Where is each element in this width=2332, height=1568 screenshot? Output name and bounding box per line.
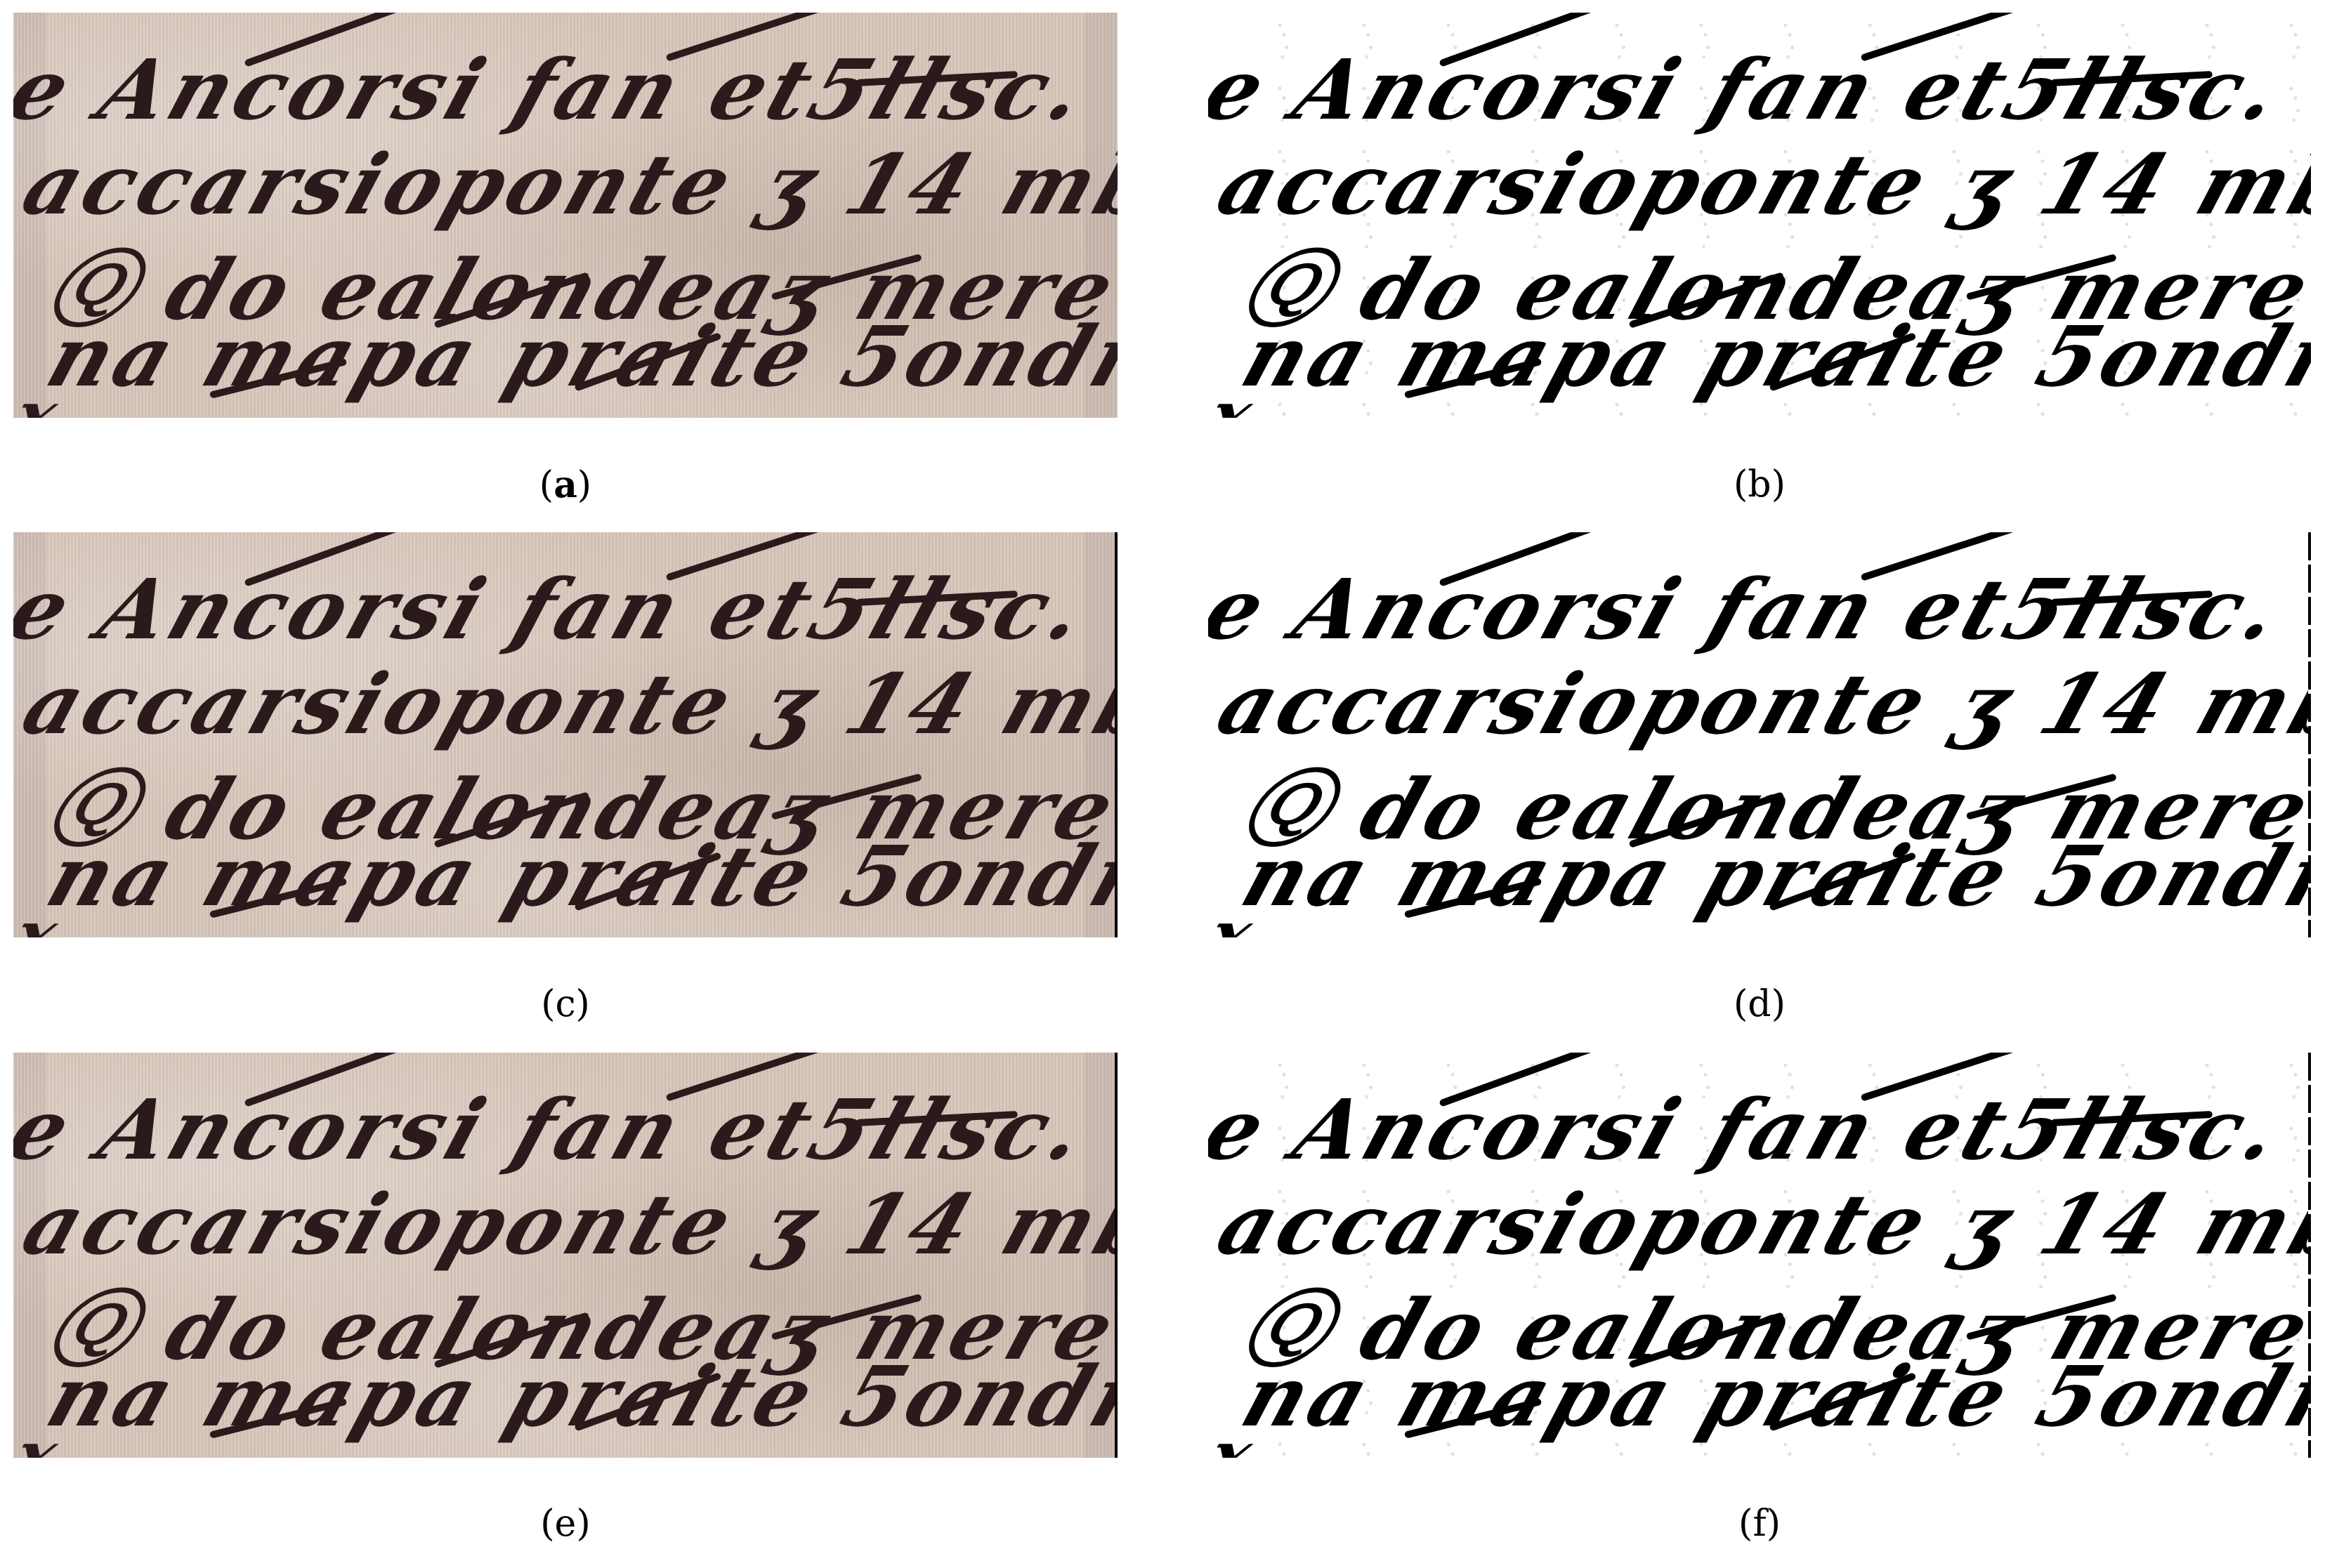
page-edge-line bbox=[2308, 1053, 2311, 1458]
panel-d-label: (d) bbox=[1654, 983, 1865, 1025]
handwriting-text: e Ancorsi fan et5llsc. accarsioponte ʒ 1… bbox=[1208, 13, 2311, 418]
panel-f-image: e Ancorsi fan et5llsc. accarsioponte ʒ 1… bbox=[1208, 1053, 2311, 1458]
handwriting-line: x bbox=[13, 378, 71, 418]
handwriting-line: accarsioponte ʒ 14 mberi bbox=[13, 1175, 1118, 1273]
handwriting-line: accarsioponte ʒ 14 mberi bbox=[1208, 655, 2311, 753]
handwriting-line: e Ancorsi fan et5llsc. bbox=[13, 560, 1101, 658]
panel-f-label: (f) bbox=[1654, 1503, 1865, 1545]
panel-c-label: (c) bbox=[460, 983, 671, 1025]
page-edge-line bbox=[1115, 532, 1118, 937]
handwriting-line: e Ancorsi fan et5llsc. bbox=[1208, 1081, 2295, 1178]
handwriting-line: x bbox=[1208, 378, 1266, 418]
handwriting-line: na mapa praite 5ondnaʒ bbox=[1231, 308, 2311, 405]
panel-b-image: e Ancorsi fan et5llsc. accarsioponte ʒ 1… bbox=[1208, 13, 2311, 418]
handwriting-line: e Ancorsi fan et5llsc. bbox=[13, 1081, 1101, 1178]
panel-d-image: e Ancorsi fan et5llsc. accarsioponte ʒ 1… bbox=[1208, 532, 2311, 937]
panel-a-label: (a) bbox=[460, 463, 671, 506]
handwriting-line: accarsioponte ʒ 14 mberi bbox=[1208, 1175, 2311, 1273]
handwriting-line: e Ancorsi fan et5llsc. bbox=[1208, 41, 2295, 138]
handwriting-line: x bbox=[1208, 1418, 1266, 1458]
panel-c-image: e Ancorsi fan et5llsc. accarsioponte ʒ 1… bbox=[13, 532, 1118, 937]
panel-b-label: (b) bbox=[1654, 463, 1865, 506]
handwriting-text: e Ancorsi fan et5llsc. accarsioponte ʒ 1… bbox=[1208, 1053, 2311, 1458]
handwriting-line: x bbox=[13, 897, 71, 937]
handwriting-text: e Ancorsi fan et5llsc. accarsioponte ʒ 1… bbox=[13, 532, 1118, 937]
panel-a-image: e Ancorsi fan et5llsc. accarsioponte ʒ 1… bbox=[13, 13, 1118, 418]
panel-e-label: (e) bbox=[460, 1503, 671, 1545]
handwriting-line: accarsioponte ʒ 14 mberi bbox=[13, 655, 1118, 753]
handwriting-line: x bbox=[1208, 897, 1266, 937]
handwriting-line: accarsioponte ʒ 14 mberi bbox=[13, 136, 1118, 233]
panel-e-image: e Ancorsi fan et5llsc. accarsioponte ʒ 1… bbox=[13, 1053, 1118, 1458]
handwriting-line: accarsioponte ʒ 14 mberi bbox=[1208, 136, 2311, 233]
handwriting-text: e Ancorsi fan et5llsc. accarsioponte ʒ 1… bbox=[13, 13, 1118, 418]
page-edge-line bbox=[1115, 1053, 1118, 1458]
page-edge-line bbox=[2308, 532, 2311, 937]
handwriting-line: x bbox=[13, 1418, 71, 1458]
handwriting-text: e Ancorsi fan et5llsc. accarsioponte ʒ 1… bbox=[1208, 532, 2311, 937]
handwriting-text: e Ancorsi fan et5llsc. accarsioponte ʒ 1… bbox=[13, 1053, 1118, 1458]
handwriting-line: na mapa praite 5ondnaʒ bbox=[1231, 827, 2311, 925]
handwriting-line: e Ancorsi fan et5llsc. bbox=[1208, 560, 2295, 658]
handwriting-line: e Ancorsi fan et5llsc. bbox=[13, 41, 1101, 138]
handwriting-line: na mapa praite 5ondnaʒ bbox=[1231, 1348, 2311, 1445]
